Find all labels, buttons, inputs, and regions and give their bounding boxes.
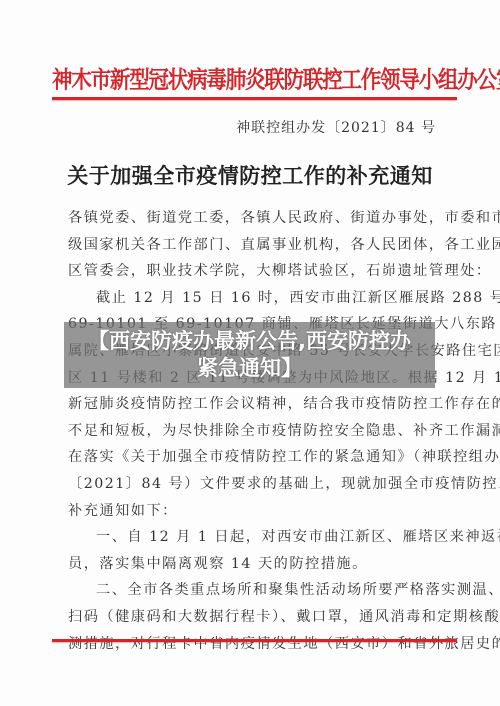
paragraph-line: 新冠肺炎疫情防控工作会议精神，结合我市疫情防控工作存在的 [68, 391, 438, 418]
caption-overlay: 【西安防疫办最新公告,西安防控办紧急通知】 [64, 322, 435, 388]
paragraph-line: 一、自 12 月 1 日起，对西安市曲江新区、雁塔区来神返神人 [68, 524, 438, 551]
caption-text: 【西安防疫办最新公告,西安防控办紧急通知】 [80, 328, 420, 382]
org-header: 神木市新型冠状病毒肺炎联防联控工作领导小组办公室 [52, 60, 448, 95]
paragraph-line: 级国家机关各工作部门、直属事业机构，各人民团体，各工业园 [68, 232, 438, 259]
paragraph-line: 不足和短板，为尽快排除全市疫情防控安全隐患、补齐工作漏洞。 [68, 418, 438, 445]
document-title: 关于加强全市疫情防控工作的补充通知 [0, 160, 500, 190]
paragraph-line: 员，落实集中隔离观察 14 天的防控措施。 [68, 551, 438, 578]
paragraph-line: 区管委会，职业技术学院，大柳塔试验区，石峁遗址管理处： [68, 258, 438, 285]
document-page: 神木市新型冠状病毒肺炎联防联控工作领导小组办公室 神联控组办发〔2021〕84 … [0, 0, 500, 706]
paragraph-line: 截止 12 月 15 日 16 时，西安市曲江新区雁展路 288 号沿街 [68, 285, 438, 312]
paragraph-line: 补充通知如下： [68, 498, 438, 525]
paragraph-line: 在落实《关于加强全市疫情防控工作的紧急通知》（神联控组办发 [68, 444, 438, 471]
document-body: 各镇党委、街道党工委，各镇人民政府、街道办事处，市委和市 级国家机关各工作部门、… [68, 205, 438, 657]
paragraph-line: 〔2021〕84 号）文件要求的基础上，现就加强全市疫情防控工作 [68, 471, 438, 498]
paragraph-line: 测措施，对行程卡中省内疫情发生地（西安市）和省外旅居史的 [68, 631, 438, 658]
paragraph-line: 扫码（健康码和大数据行程卡）、戴口罩，通风消毒和定期核酸检 [68, 604, 438, 631]
paragraph-line: 各镇党委、街道党工委，各镇人民政府、街道办事处，市委和市 [68, 205, 438, 232]
red-divider-bottom [52, 639, 457, 642]
paragraph-line: 二、全市各类重点场所和聚集性活动场所要严格落实测温、 [68, 577, 438, 604]
document-number: 神联控组办发〔2021〕84 号 [236, 117, 436, 137]
red-divider-top [52, 97, 457, 100]
